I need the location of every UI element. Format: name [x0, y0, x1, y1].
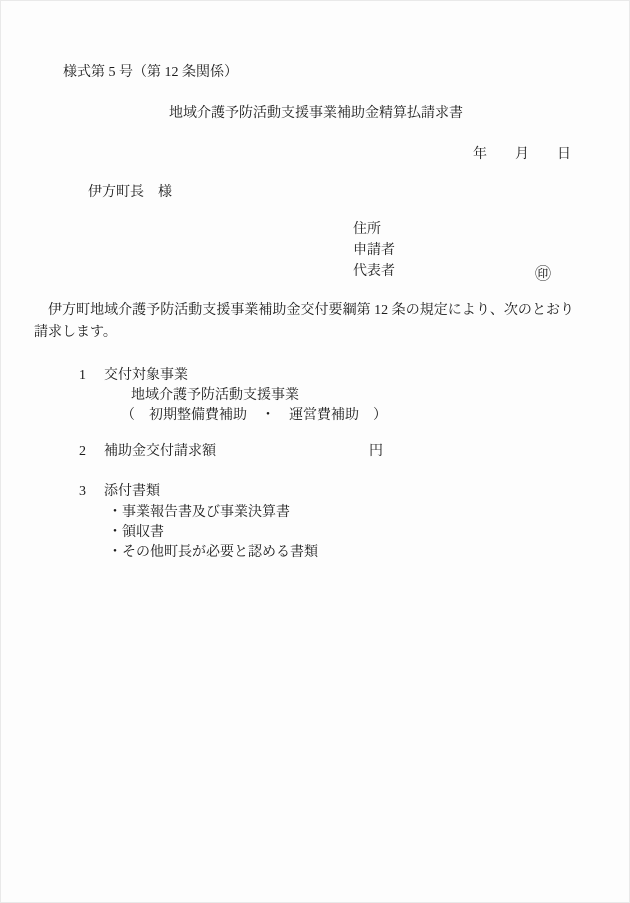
addressee: 伊方町長 様	[88, 183, 172, 203]
page-title: 地域介護予防活動支援事業補助金精算払請求書	[1, 104, 630, 124]
item-2-amount-unit: 円	[369, 442, 383, 462]
item-1-subline-subsidy-options: （ 初期整備費補助 ・ 運営費補助 ）	[121, 406, 387, 426]
item-1-number: 1	[79, 366, 104, 386]
body-paragraph: 伊方町地域介護予防活動支援事業補助金交付要綱第 12 条の規定により、次のとおり…	[34, 300, 574, 344]
item-3-attachment-2: ・領収書	[108, 523, 164, 543]
applicant-label: 申請者	[353, 240, 395, 261]
item-3-attachment-1: ・事業報告書及び事業決算書	[108, 503, 290, 523]
item-2-heading-line: 2補助金交付請求額	[79, 442, 216, 462]
item-2-number: 2	[79, 442, 104, 462]
item-3-heading-line: 3添付書類	[79, 482, 160, 502]
item-3-heading: 添付書類	[104, 484, 160, 499]
address-label: 住所	[353, 219, 395, 240]
item-3-number: 3	[79, 482, 104, 502]
form-number: 様式第 5 号（第 12 条関係）	[63, 63, 238, 83]
representative-label: 代表者	[353, 261, 395, 282]
applicant-block: 住所 申請者 代表者	[353, 219, 395, 282]
item-1-heading-line: 1交付対象事業	[79, 366, 188, 386]
document-page: 様式第 5 号（第 12 条関係） 地域介護予防活動支援事業補助金精算払請求書 …	[0, 0, 630, 903]
item-3-attachment-3: ・その他町長が必要と認める書類	[108, 543, 318, 563]
seal-mark-icon: ㊞	[535, 265, 551, 285]
item-1-heading: 交付対象事業	[104, 368, 188, 383]
item-2-heading: 補助金交付請求額	[104, 444, 216, 459]
date-line: 年 月 日	[473, 145, 571, 165]
item-1-subline-project: 地域介護予防活動支援事業	[131, 386, 299, 406]
